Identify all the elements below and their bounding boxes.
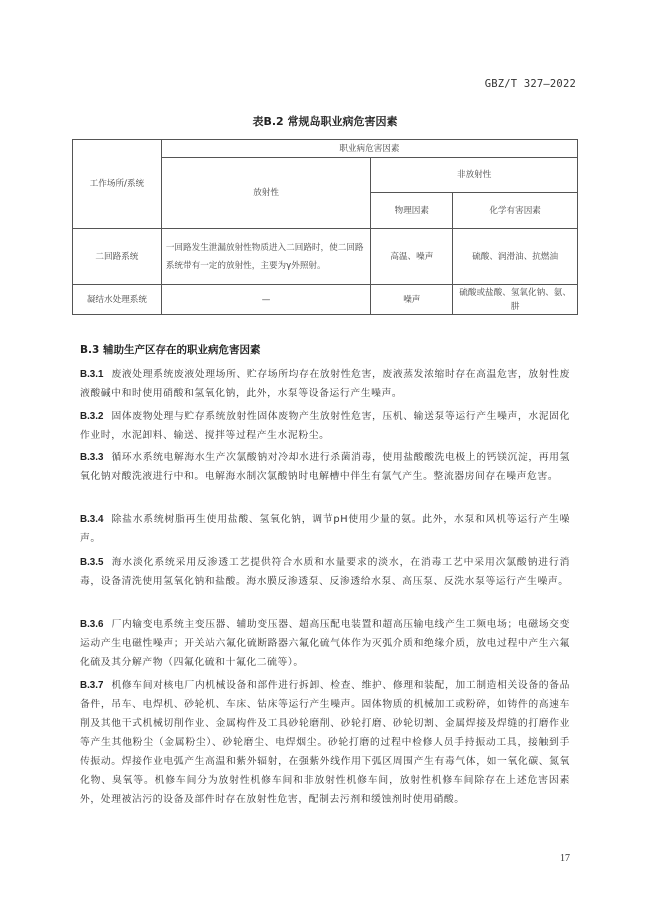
page-number: 17	[560, 853, 570, 864]
clause-number: B.3.5	[80, 557, 103, 568]
clause-text: 除盐水系统树脂再生使用盐酸、氢氧化钠，调节pH使用少量的氨。此外，水泵和风机等运…	[80, 514, 570, 544]
paragraph-b34: B.3.4除盐水系统树脂再生使用盐酸、氢氧化钠，调节pH使用少量的氨。此外，水泵…	[80, 510, 570, 548]
cell-radioactive: —	[161, 285, 371, 315]
clause-text: 固体废物处理与贮存系统放射性固体废物产生放射性危害，压机、输送泵等运行产生噪声，…	[80, 411, 570, 441]
table-row: 二回路系统 一回路发生泄漏放射性物质进入二回路时，使二回路系统带有一定的放射性，…	[73, 229, 578, 285]
clause-text: 循环水系统电解海水生产次氯酸钠对冷却水进行杀菌消毒，使用盐酸酸洗电极上的钙镁沉淀…	[80, 452, 570, 482]
clause-text: 厂内输变电系统主变压器、辅助变压器、超高压配电装置和超高压输电线产生工频电场；电…	[80, 619, 570, 668]
table-row: 凝结水处理系统 — 噪声 硫酸或盐酸、氢氧化钠、氨、肼	[73, 285, 578, 315]
clause-text: 机修车间对核电厂内机械设备和部件进行拆卸、检查、维护、修理和装配，加工制造相关设…	[80, 680, 570, 805]
header-workplace: 工作场所/系统	[73, 140, 162, 229]
clause-text: 海水淡化系统采用反渗透工艺提供符合水质和水量要求的淡水，在消毒工艺中采用次氯酸钠…	[80, 557, 570, 587]
header-hazard-factors: 职业病危害因素	[161, 140, 577, 158]
clause-number: B.3.6	[80, 619, 103, 630]
clause-number: B.3.2	[80, 411, 103, 422]
cell-chemical: 硫酸或盐酸、氢氧化钠、氨、肼	[453, 285, 578, 315]
section-heading: B.3 辅助生产区存在的职业病危害因素	[80, 342, 260, 357]
cell-physical: 高温、噪声	[371, 229, 453, 285]
cell-workplace: 凝结水处理系统	[73, 285, 162, 315]
header-radioactive: 放射性	[161, 158, 371, 229]
header-chemical: 化学有害因素	[453, 193, 578, 229]
paragraph-b35: B.3.5海水淡化系统采用反渗透工艺提供符合水质和水量要求的淡水，在消毒工艺中采…	[80, 553, 570, 591]
paragraph-b36: B.3.6厂内输变电系统主变压器、辅助变压器、超高压配电装置和超高压输电线产生工…	[80, 615, 570, 672]
cell-chemical: 硫酸、润滑油、抗燃油	[453, 229, 578, 285]
cell-physical: 噪声	[371, 285, 453, 315]
table-title: 表B.2 常规岛职业病危害因素	[0, 113, 650, 129]
standard-code: GBZ/T 327—2022	[485, 78, 576, 90]
clause-number: B.3.3	[80, 452, 103, 463]
paragraph-b37: B.3.7机修车间对核电厂内机械设备和部件进行拆卸、检查、维护、修理和装配，加工…	[80, 676, 570, 809]
clause-number: B.3.4	[80, 514, 103, 525]
header-physical: 物理因素	[371, 193, 453, 229]
paragraph-b32: B.3.2固体废物处理与贮存系统放射性固体废物产生放射性危害，压机、输送泵等运行…	[80, 407, 570, 445]
clause-number: B.3.1	[80, 369, 103, 380]
cell-radioactive: 一回路发生泄漏放射性物质进入二回路时，使二回路系统带有一定的放射性，主要为γ外照…	[161, 229, 371, 285]
clause-number: B.3.7	[80, 680, 103, 691]
paragraph-b31: B.3.1废液处理系统废液处理场所、贮存场所均存在放射性危害，废液蒸发浓缩时存在…	[80, 365, 570, 403]
header-non-radioactive: 非放射性	[371, 158, 578, 193]
hazard-table: 工作场所/系统 职业病危害因素 放射性 非放射性 物理因素 化学有害因素 二回路…	[72, 139, 578, 315]
paragraph-b33: B.3.3循环水系统电解海水生产次氯酸钠对冷却水进行杀菌消毒，使用盐酸酸洗电极上…	[80, 448, 570, 486]
clause-text: 废液处理系统废液处理场所、贮存场所均存在放射性危害，废液蒸发浓缩时存在高温危害，…	[80, 369, 570, 399]
cell-workplace: 二回路系统	[73, 229, 162, 285]
